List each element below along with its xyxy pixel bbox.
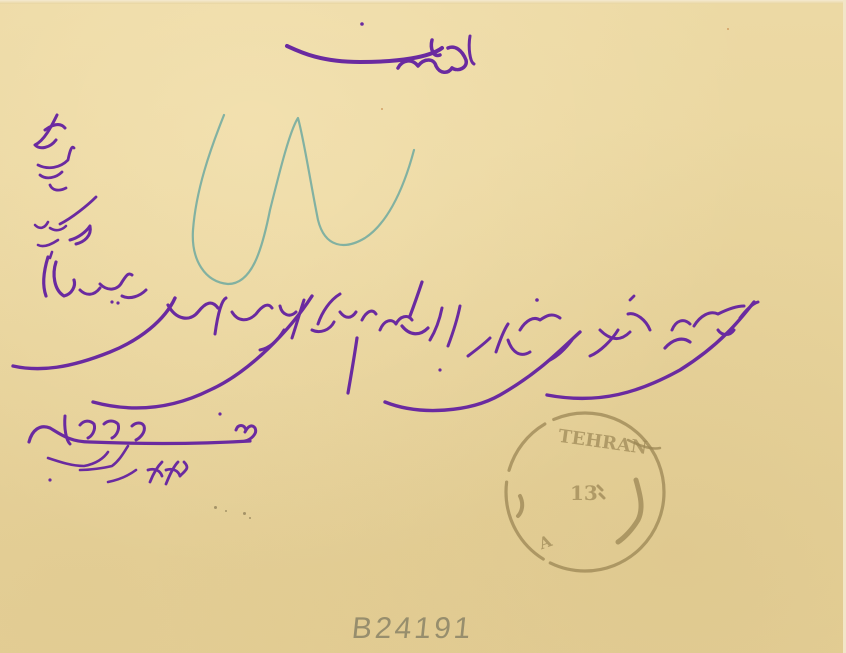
catalog-number: B24191 — [350, 612, 475, 646]
envelope: TEHRAN 13 A B24191 اصفهان از عرض رشاد جد… — [0, 0, 846, 653]
postmark-stamp: TEHRAN 13 A — [0, 0, 846, 653]
postmark-bottom-text: A — [535, 531, 555, 554]
postmark-date-text: 13 — [570, 481, 598, 505]
